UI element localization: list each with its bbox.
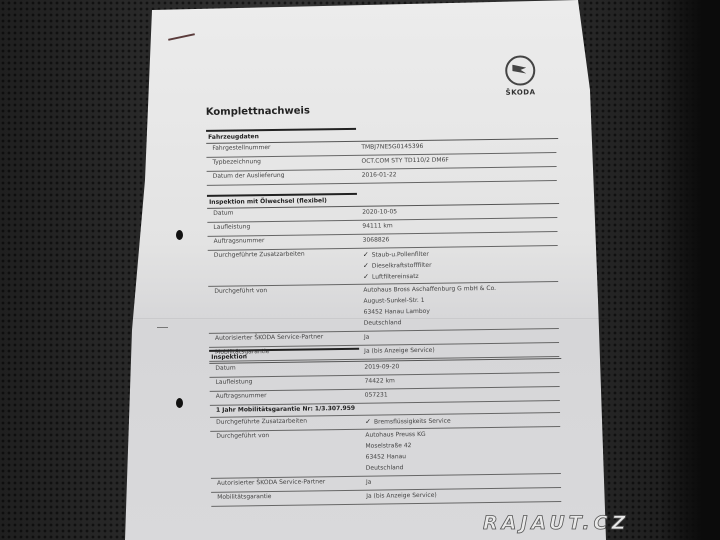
row-label: Laufleistung <box>210 376 365 387</box>
row-value: ✓Staub-u.Pollenfilter✓Dieselkraftstofffi… <box>363 246 558 284</box>
table-row: Durchgeführt vonAutohaus Preuss KGMosels… <box>210 427 561 479</box>
row-label: Datum <box>209 362 364 373</box>
row-label: Typbezeichnung <box>206 156 361 167</box>
section: FahrzeugdatenFahrgestellnummerTMBJ7NE5G0… <box>206 125 557 186</box>
row-value: Autohaus Preuss KGMoselstraße 4263452 Ha… <box>365 427 561 476</box>
check-label: Dieselkraftstofffilter <box>372 262 432 270</box>
value-line: Deutschland <box>364 316 559 330</box>
row-value: 94111 km <box>362 218 557 234</box>
row-value: 74422 km <box>364 373 559 389</box>
row-label: Autorisierter ŠKODA Service-Partner <box>211 477 366 488</box>
value-line: TMBJ7NE5G0145396 <box>361 140 556 154</box>
row-label: Datum <box>207 207 362 218</box>
value-line: 2016-01-22 <box>362 168 557 182</box>
check-label: Bremsflüssigkeits Service <box>374 418 451 426</box>
checkmark-icon: ✓ <box>365 418 371 426</box>
checkmark-icon: ✓ <box>363 251 369 259</box>
row-value: 3068826 <box>363 232 558 248</box>
row-label: Mobilitätsgarantie <box>211 491 366 502</box>
row-label: Autorisierter ŠKODA Service-Partner <box>209 332 364 343</box>
row-label: Fahrgestellnummer <box>206 142 361 153</box>
table-row: Durchgeführte Zusatzarbeiten✓Staub-u.Pol… <box>208 246 558 287</box>
value-line: Ja <box>366 475 561 489</box>
row-value: Ja <box>366 474 561 490</box>
row-value: 2019-09-20 <box>364 359 559 375</box>
row-label: Durchgeführte Zusatzarbeiten <box>208 249 363 260</box>
value-line: 2020-10-05 <box>362 205 557 219</box>
row-label: Durchgeführt von <box>210 430 365 441</box>
value-line: 94111 km <box>362 219 557 233</box>
table-row: Durchgeführt vonAutohaus Bross Aschaffen… <box>208 282 559 334</box>
value-line: 3068826 <box>363 233 558 247</box>
row-value: TMBJ7NE5G0145396 <box>361 139 556 155</box>
row-value: Ja <box>364 329 559 345</box>
check-label: Luftfiltereinsatz <box>372 273 419 281</box>
row-label: Auftragsnummer <box>208 235 363 246</box>
row-label: Auftragsnummer <box>210 390 365 401</box>
row-label: Laufleistung <box>207 221 362 232</box>
value-line: Deutschland <box>366 461 561 475</box>
document-title: Komplettnachweis <box>206 105 310 117</box>
skoda-logo: ŠKODA <box>498 55 543 97</box>
punch-hole <box>176 230 183 240</box>
value-line: OCT.COM STY TD110/2 DM6F <box>361 154 556 168</box>
checkmark-icon: ✓ <box>363 262 369 270</box>
row-value: Ja (bis Anzeige Service) <box>366 488 561 504</box>
row-value: 057231 <box>365 387 560 403</box>
check-label: Staub-u.Pollenfilter <box>372 251 429 259</box>
seat-shadow <box>660 0 720 540</box>
section: Inspektion mit Ölwechsel (flexibel)Datum… <box>207 190 559 362</box>
value-line: 2019-09-20 <box>364 360 559 374</box>
row-label: Durchgeführte Zusatzarbeiten <box>210 416 365 427</box>
row-label: Datum der Auslieferung <box>207 170 362 181</box>
value-line: Ja <box>364 330 559 344</box>
row-label: Durchgeführt von <box>208 285 363 296</box>
row-value: ✓Bremsflüssigkeits Service <box>365 413 560 429</box>
value-line: Ja (bis Anzeige Service) <box>366 489 561 503</box>
skoda-arrow-icon <box>505 55 535 85</box>
fold-mark <box>157 327 168 328</box>
row-value: OCT.COM STY TD110/2 DM6F <box>361 153 556 169</box>
value-line: 057231 <box>365 388 560 402</box>
check-item: ✓Luftfiltereinsatz <box>363 269 558 283</box>
row-value: 2016-01-22 <box>362 167 557 183</box>
row-value: 2020-10-05 <box>362 204 557 220</box>
punch-hole <box>176 398 183 408</box>
watermark: RAJAUT.CZ <box>483 512 629 534</box>
check-item: ✓Bremsflüssigkeits Service <box>365 414 560 428</box>
checkmark-icon: ✓ <box>363 273 369 281</box>
brand-name: ŠKODA <box>499 88 543 97</box>
section: InspektionDatum2019-09-20Laufleistung744… <box>209 345 561 507</box>
row-value: Autohaus Bross Aschaffenburg G mbH & Co.… <box>363 282 559 331</box>
value-line: 74422 km <box>365 374 560 388</box>
